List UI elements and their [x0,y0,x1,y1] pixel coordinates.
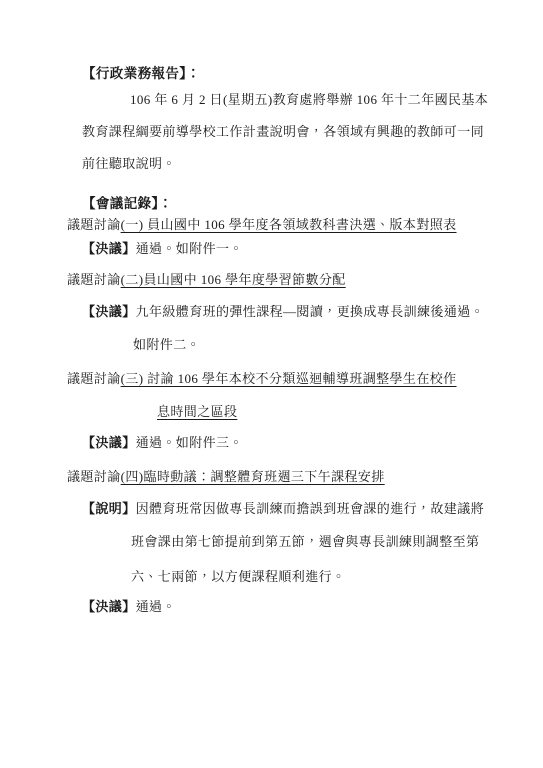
admin-report-paragraph-line-3: 前往聽取說明。 [82,156,176,172]
topic-3-line-1: 議題討論(三) 討論 106 學年本校不分類巡迴輔導班調整學生在校作 [67,371,457,387]
topic-3-line-2: 息時間之區段 [157,404,237,420]
explanation-line-1: 【說明】因體育班常因做專長訓練而擔誤到班會課的進行，故建議將 [82,501,484,517]
topic-3-title-line-2: 息時間之區段 [157,404,237,419]
resolution-4-label: 【決議】 [82,599,136,614]
topic-1-line: 議題討論(一) 員山國中 106 學年度各領域教科書決選、版本對照表 [67,217,457,233]
resolution-1-label: 【決議】 [82,241,136,256]
admin-report-header: 【行政業務報告】： [82,66,200,82]
explanation-label: 【說明】 [82,501,136,516]
meeting-minutes-header: 【會議記錄】： [82,196,173,212]
admin-report-paragraph-line-2: 教育課程綱要前導學校工作計畫說明會，各領域有興趣的教師可一同 [82,124,484,140]
resolution-4-text: 通過。 [136,599,176,614]
resolution-2-line-1: 【決議】九年級體育班的彈性課程—閱讀，更換成專長訓練後通過。 [82,304,484,320]
resolution-3-label: 【決議】 [82,435,136,450]
resolution-4-line: 【決議】通過。 [82,599,176,615]
topic-1-prefix: 議題討論 [67,217,121,232]
admin-report-paragraph-line-1: 106 年 6 月 2 日(星期五)教育處將舉辦 106 年十二年國民基本 [130,92,488,108]
resolution-2-label: 【決議】 [82,304,136,319]
topic-4-title: (四)臨時動議：調整體育班週三下午課程安排 [121,469,385,484]
topic-4-prefix: 議題討論 [67,469,121,484]
explanation-text-line-1: 因體育班常因做專長訓練而擔誤到班會課的進行，故建議將 [136,501,484,516]
resolution-2-text: 九年級體育班的彈性課程—閱讀，更換成專長訓練後通過。 [136,304,484,319]
topic-2-title: (二)員山國中 106 學年度學習節數分配 [121,272,346,287]
explanation-line-3: 六、七兩節，以方便課程順利進行。 [131,569,345,585]
topic-3-title-line-1: (三) 討論 106 學年本校不分類巡迴輔導班調整學生在校作 [121,371,457,386]
topic-2-prefix: 議題討論 [67,272,121,287]
document-page: 【行政業務報告】： 106 年 6 月 2 日(星期五)教育處將舉辦 106 年… [0,0,543,768]
resolution-3-line: 【決議】通過。如附件三。 [82,435,243,451]
topic-1-title: (一) 員山國中 106 學年度各領域教科書決選、版本對照表 [121,217,457,232]
resolution-1-line: 【決議】通過。如附件一。 [82,241,243,257]
resolution-2-line-2: 如附件二。 [133,337,200,353]
topic-4-line: 議題討論(四)臨時動議：調整體育班週三下午課程安排 [67,469,385,485]
topic-3-prefix: 議題討論 [67,371,121,386]
resolution-1-text: 通過。如附件一。 [136,241,243,256]
resolution-3-text: 通過。如附件三。 [136,435,243,450]
explanation-line-2: 班會課由第七節提前到第五節，週會與專長訓練則調整至第 [131,534,479,550]
topic-2-line: 議題討論(二)員山國中 106 學年度學習節數分配 [67,272,346,288]
